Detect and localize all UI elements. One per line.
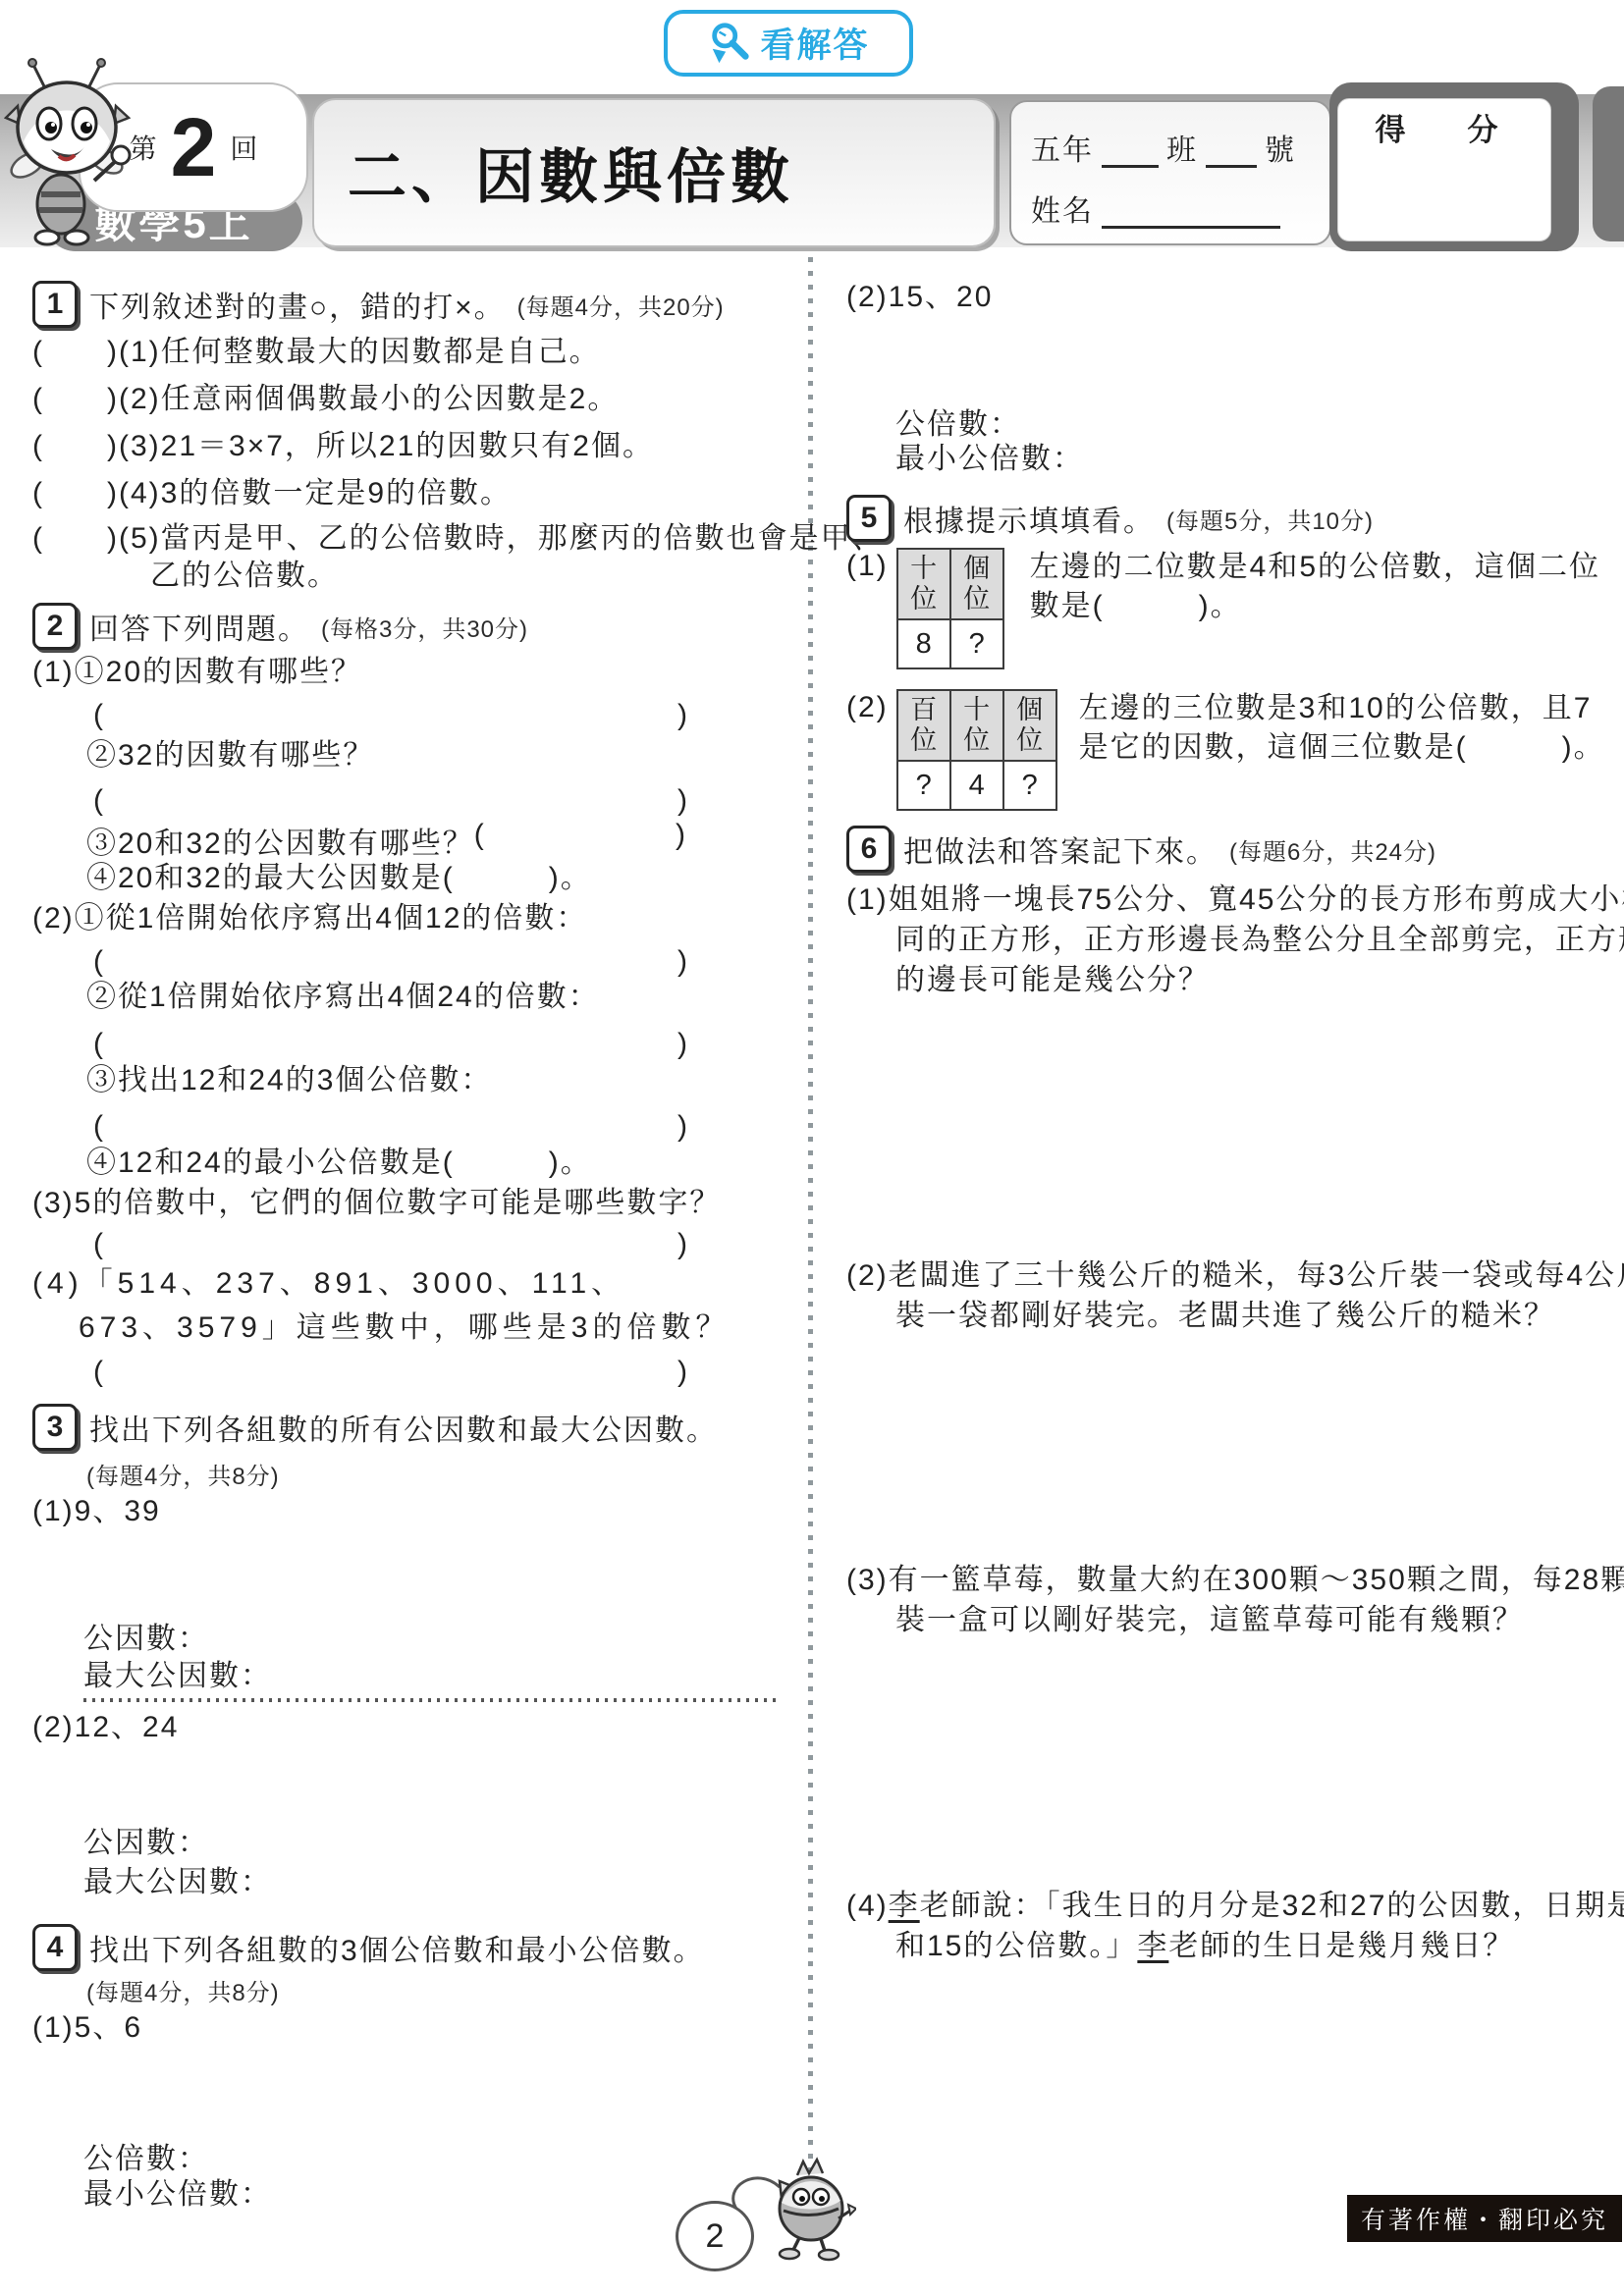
q2-line-10: (4)「514、237、891、3000、111、 bbox=[32, 1265, 625, 1303]
q3-score-note: (每題4分，共8分) bbox=[86, 1459, 280, 1496]
table-value-hundreds: ? bbox=[897, 761, 950, 810]
page-edge-tab bbox=[1593, 86, 1624, 241]
q3-title: 找出下列各組數的所有公因數和最大公因數。 bbox=[89, 1406, 718, 1449]
name-label: 姓名 bbox=[1031, 195, 1094, 228]
table-header-ones: 個位 bbox=[950, 549, 1003, 619]
score-box: 得 分 bbox=[1329, 82, 1579, 251]
q2-line-2: ②32的因數有哪些？ bbox=[86, 737, 374, 774]
round-number: 2 bbox=[171, 106, 217, 188]
q6-item-2: (2)老闆進了三十幾公斤的糙米，每3公斤裝一袋或每4公斤裝一袋都剛好裝完。老闆共… bbox=[846, 1255, 1624, 1336]
table-value-ones: ? bbox=[1003, 761, 1056, 810]
q6-item-4-underlined-name: 李 bbox=[889, 1890, 920, 1922]
q4-cm-label-1: 公倍數： bbox=[83, 2141, 209, 2178]
open-paren: ( bbox=[93, 1110, 103, 1144]
bee-mascot-icon bbox=[4, 55, 132, 251]
score-label: 得 分 bbox=[1338, 105, 1550, 149]
q4-title: 找出下列各組數的3個公倍數和最小公倍數。 bbox=[89, 1926, 705, 1969]
score-box-inner: 得 分 bbox=[1337, 98, 1551, 241]
q6-item-4-underlined-name: 李 bbox=[1137, 1930, 1168, 1962]
q2-line-7: ③找出12和24的3個公倍數： bbox=[86, 1062, 492, 1099]
q6-item-1: (1)姐姐將一塊長75公分、寬45公分的長方形布剪成大小相同的正方形，正方形邊長… bbox=[846, 880, 1624, 1000]
q2-line-6: ②從1倍開始依序寫出4個24的倍數： bbox=[86, 979, 600, 1016]
open-paren: ( bbox=[93, 699, 103, 732]
q2-line-8: ④12和24的最小公倍數是( )。 bbox=[86, 1145, 592, 1182]
q2-blank-4: ( ) bbox=[93, 1028, 687, 1061]
worksheet-page: 看解答 數學5上 第 2 回 二、因數與倍數 bbox=[0, 0, 1624, 2296]
table-header-tens: 十位 bbox=[950, 690, 1003, 761]
q2-title: 回答下列問題。 bbox=[89, 605, 309, 648]
class-label: 班 bbox=[1166, 134, 1198, 167]
table-header-tens: 十位 bbox=[897, 549, 950, 619]
q2-blank-6: ( ) bbox=[93, 1228, 687, 1261]
q4-lcm-label-2: 最小公倍數： bbox=[895, 441, 1084, 478]
round-suffix: 回 bbox=[230, 128, 257, 167]
q6-title: 把做法和答案記下來。 bbox=[903, 828, 1218, 871]
q5-title-row: 5 根據提示填填看。 (每題5分，共10分) bbox=[846, 495, 1374, 542]
close-paren: ) bbox=[677, 699, 687, 732]
q6-score-note: (每題6分，共24分) bbox=[1229, 832, 1436, 867]
q3-gcf-label-2: 最大公因數： bbox=[83, 1864, 272, 1901]
table-value-tens: 8 bbox=[897, 619, 950, 668]
table-header-hundreds: 百位 bbox=[897, 690, 950, 761]
q2-blank-2: ( ) bbox=[93, 784, 687, 818]
close-paren: ) bbox=[677, 1028, 687, 1061]
q5-item-1-label: (1) bbox=[846, 548, 889, 585]
q5-score-note: (每題5分，共10分) bbox=[1166, 502, 1374, 536]
q1-item-4: ( )(4)3的倍數一定是9的倍數。 bbox=[32, 475, 898, 512]
grade-class-row: 五年班號 bbox=[1031, 126, 1296, 169]
q4-title-row: 4 找出下列各組數的3個公倍數和最小公倍數。 bbox=[32, 1924, 705, 1971]
q1-item-2: ( )(2)任意兩個偶數最小的公因數是2。 bbox=[32, 381, 898, 418]
q2-score-note: (每格3分，共30分) bbox=[321, 610, 528, 644]
q2-title-row: 2 回答下列問題。 (每格3分，共30分) bbox=[32, 603, 528, 650]
q3-number-badge: 3 bbox=[32, 1404, 78, 1451]
student-info-box: 五年班號 姓名 bbox=[1009, 100, 1331, 245]
q1-item-1: ( )(1)任何整數最大的因數都是自己。 bbox=[32, 334, 898, 371]
table-value-ones: ? bbox=[950, 619, 1003, 668]
q3-title-row: 3 找出下列各組數的所有公因數和最大公因數。 bbox=[32, 1404, 718, 1451]
q4-score-note: (每題4分，共8分) bbox=[86, 1975, 280, 2012]
round-prefix: 第 bbox=[130, 128, 157, 167]
q1-title: 下列敘述對的畫○，錯的打×。 bbox=[89, 283, 506, 326]
q3-cf-label-2: 公因數： bbox=[83, 1825, 209, 1862]
q6-number-badge: 6 bbox=[846, 826, 892, 873]
q1-item-5: ( )(5)當丙是甲、乙的公倍數時，那麼丙的倍數也會是甲、乙的公倍數。 bbox=[32, 520, 898, 595]
q2-number-badge: 2 bbox=[32, 603, 78, 650]
q4-lcm-label-1: 最小公倍數： bbox=[83, 2176, 272, 2214]
q6-item-4-part: 老師的生日是幾月幾日？ bbox=[1168, 1930, 1514, 1962]
q4-item-1: (1)5、6 bbox=[32, 2009, 142, 2047]
close-paren: ) bbox=[677, 1228, 687, 1261]
q3-gcf-label-1: 最大公因數： bbox=[83, 1658, 272, 1695]
table-value-tens: 4 bbox=[950, 761, 1003, 810]
close-paren: ) bbox=[677, 1110, 687, 1144]
table-header-ones: 個位 bbox=[1003, 690, 1056, 761]
q2-line-9: (3)5的倍數中，它們的個位數字可能是哪些數字？ bbox=[32, 1185, 721, 1222]
q6-item-4: (4)李老師說：「我生日的月分是32和27的公因數，日期是6和15的公倍數。」李… bbox=[846, 1886, 1624, 1966]
q1-title-row: 1 下列敘述對的畫○，錯的打×。 (每題4分，共20分) bbox=[32, 281, 725, 328]
q5-item-2-text: 左邊的三位數是3和10的公倍數，且7是它的因數，這個三位數是( )。 bbox=[1079, 689, 1614, 768]
view-answers-button[interactable]: 看解答 bbox=[664, 10, 913, 77]
q4-cm-label-2: 公倍數： bbox=[895, 406, 1021, 444]
open-paren: ( bbox=[93, 784, 103, 818]
q2-line-3: ③20和32的公因數有哪些？ ( ) bbox=[86, 819, 687, 862]
q2-blank-7: ( ) bbox=[93, 1356, 687, 1389]
place-value-table-2col: 十位 個位 8 ? bbox=[896, 548, 1004, 669]
view-answers-label: 看解答 bbox=[760, 19, 869, 68]
q2-line-1: (1)①20的因數有哪些？ bbox=[32, 654, 362, 691]
footer-mascot-icon bbox=[729, 2148, 856, 2268]
q1-number-badge: 1 bbox=[32, 281, 78, 328]
close-paren: ) bbox=[677, 945, 687, 979]
q2-blank-3: ( ) bbox=[93, 945, 687, 979]
q6-title-row: 6 把做法和答案記下來。 (每題6分，共24分) bbox=[846, 826, 1436, 873]
open-paren: ( bbox=[93, 1028, 103, 1061]
q1-item-3: ( )(3)21＝3×7，所以21的因數只有2個。 bbox=[32, 428, 898, 465]
open-paren: ( bbox=[93, 1356, 103, 1389]
magnifier-icon bbox=[707, 21, 752, 66]
q3-item-1: (1)9、39 bbox=[32, 1493, 161, 1530]
close-paren: ) bbox=[677, 1356, 687, 1389]
q1-score-note: (每題4分，共20分) bbox=[517, 288, 725, 322]
place-value-table-3col: 百位 十位 個位 ? 4 ? bbox=[896, 689, 1057, 811]
q5-title: 根據提示填填看。 bbox=[903, 497, 1155, 540]
q2-line-3-text: ③20和32的公因數有哪些？ bbox=[86, 819, 474, 862]
q5-item-1: (1) 十位 個位 8 ? 左邊的二位數是4和5的公倍數，這個二位數是( )。 bbox=[846, 548, 1619, 669]
page-number: 2 bbox=[706, 2217, 725, 2256]
q3-item-2: (2)12、24 bbox=[32, 1709, 179, 1746]
q3-cf-label-1: 公因數： bbox=[83, 1621, 209, 1658]
q2-line-11: 673、3579」這些數中，哪些是3的倍數？ bbox=[79, 1309, 730, 1347]
close-paren: ) bbox=[676, 819, 687, 862]
copyright-notice: 有著作權・翻印必究 bbox=[1347, 2195, 1622, 2242]
close-paren: ) bbox=[677, 784, 687, 818]
q4-item-2: (2)15、20 bbox=[846, 279, 993, 316]
q6-item-4-part: (4) bbox=[846, 1890, 889, 1922]
q5-number-badge: 5 bbox=[846, 495, 892, 542]
q2-blank-1: ( ) bbox=[93, 699, 687, 732]
unit-title: 二、因數與倍數 bbox=[314, 131, 794, 215]
name-row: 姓名 bbox=[1031, 187, 1288, 230]
q2-line-5: (2)①從1倍開始依序寫出4個12的倍數： bbox=[32, 900, 587, 937]
q5-item-2-label: (2) bbox=[846, 689, 889, 726]
class-blank bbox=[1102, 135, 1159, 168]
number-label: 號 bbox=[1265, 134, 1296, 167]
open-paren: ( bbox=[93, 1228, 103, 1261]
q2-blank-5: ( ) bbox=[93, 1110, 687, 1144]
q4-number-badge: 4 bbox=[32, 1924, 78, 1971]
q2-line-4: ④20和32的最大公因數是( )。 bbox=[86, 860, 592, 897]
q6-item-3: (3)有一籃草莓，數量大約在300顆～350顆之間，每28顆裝一盒可以剛好裝完，… bbox=[846, 1560, 1624, 1640]
q5-item-2: (2) 百位 十位 個位 ? 4 ? 左邊的三位數是3和10的公倍數，且7是它的… bbox=[846, 689, 1614, 811]
number-blank bbox=[1206, 135, 1257, 168]
name-blank bbox=[1102, 196, 1280, 229]
grade-label: 五年 bbox=[1031, 134, 1094, 167]
q5-item-1-text: 左邊的二位數是4和5的公倍數，這個二位數是( )。 bbox=[1030, 548, 1619, 626]
open-paren: ( bbox=[93, 945, 103, 979]
question-divider-dotted bbox=[83, 1698, 779, 1702]
open-paren: ( bbox=[474, 819, 486, 862]
unit-title-box: 二、因數與倍數 bbox=[312, 98, 996, 247]
